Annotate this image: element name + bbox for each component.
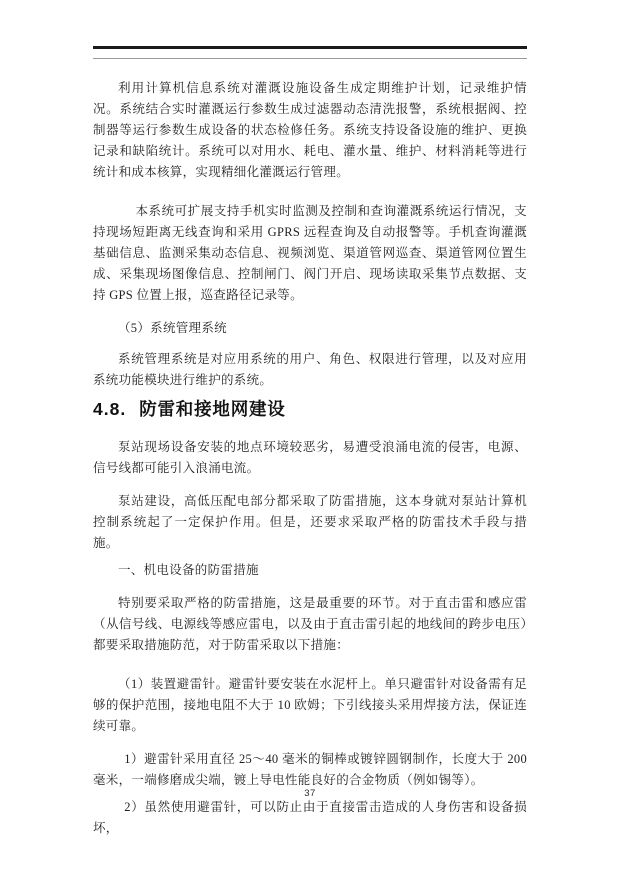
paragraph-maintenance-system: 利用计算机信息系统对灌溉设施设备生成定期维护计划，记录维护情况。系统结合实时灌溉… xyxy=(93,78,527,183)
paragraph-station-construction: 泵站建设，高低压配电部分都采取了防雷措施，这本身就对泵站计算机控制系统起了一定保… xyxy=(93,491,527,554)
page-content: 利用计算机信息系统对灌溉设施设备生成定期维护计划，记录维护情况。系统结合实时灌溉… xyxy=(93,46,527,853)
list-item-label-equipment-measures: 一、机电设备的防雷措施 xyxy=(93,560,527,581)
list-item-label-system-management: （5）系统管理系统 xyxy=(93,318,527,339)
paragraph-system-management: 系统管理系统是对应用系统的用户、角色、权限进行管理，以及对应用系统功能模块进行维… xyxy=(93,349,527,391)
document-page: 利用计算机信息系统对灌溉设施设备生成定期维护计划，记录维护情况。系统结合实时灌溉… xyxy=(0,0,620,877)
paragraph-mobile-extension: 本系统可扩展支持手机实时监测及控制和查询灌溉系统运行情况，支持现场短距离无线查询… xyxy=(93,201,527,306)
paragraph-site-environment: 泵站现场设备安装的地点环境较恶劣，易遭受浪涌电流的侵害，电源、信号线都可能引入浪… xyxy=(93,437,527,479)
paragraph-lightning-rod-install: （1）装置避雷针。避雷针要安装在水泥杆上。单只避雷针对设备需有足够的保护范围，接… xyxy=(93,674,527,737)
paragraph-rod-spec: 1）避雷针采用直径 25～40 毫米的铜棒或镀锌圆钢制作，长度大于 200 毫米… xyxy=(93,749,527,791)
section-heading-number: 4.8. xyxy=(93,399,126,419)
header-rule-thin xyxy=(93,58,527,59)
page-number: 37 xyxy=(0,788,620,799)
paragraph-rod-limitation: 2）虽然使用避雷针，可以防止由于直接雷击造成的人身伤害和设备损坏， xyxy=(93,797,527,839)
header-rule-thick xyxy=(93,46,527,49)
paragraph-strict-measures: 特别要采取严格的防雷措施，这是最重要的环节。对于直击雷和感应雷（从信号线、电源线… xyxy=(93,593,527,656)
section-heading-title: 防雷和接地网建设 xyxy=(139,399,285,419)
section-heading: 4.8.防雷和接地网建设 xyxy=(93,397,527,421)
